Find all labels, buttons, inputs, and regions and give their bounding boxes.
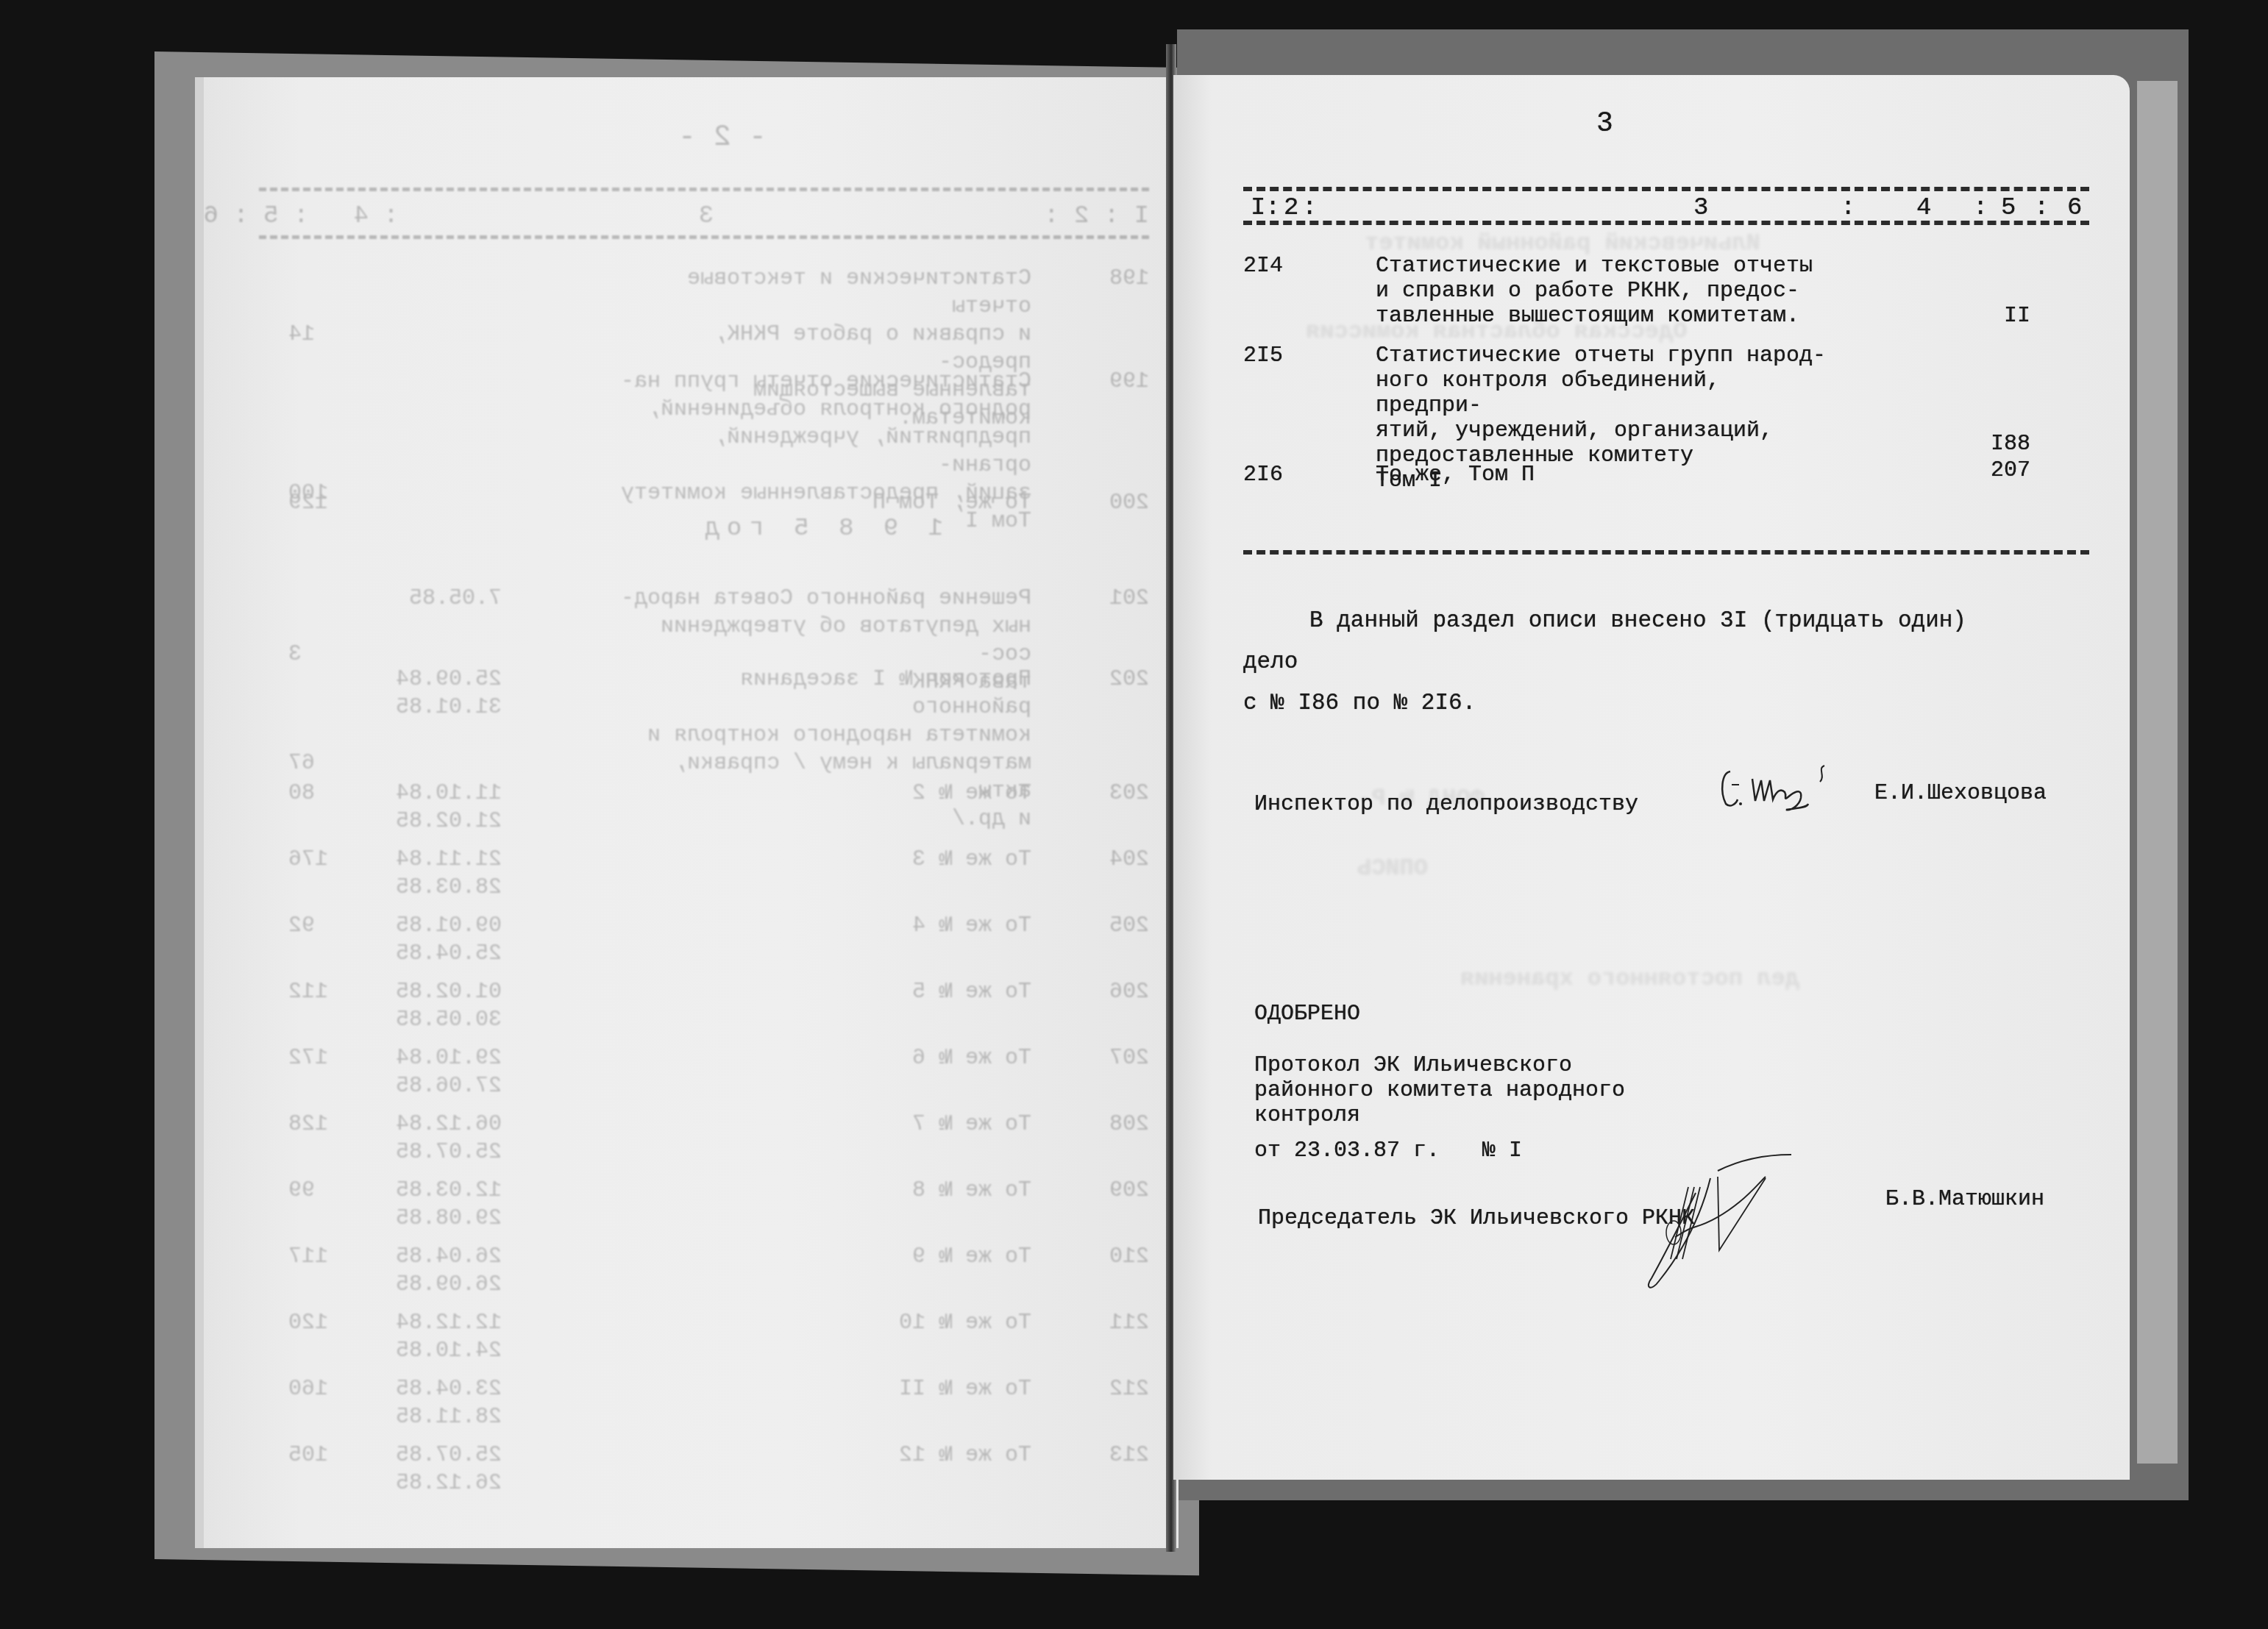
handwritten-signature-icon	[1600, 1134, 1865, 1296]
item-number: 212	[1109, 1375, 1149, 1403]
item-number: 2I5	[1243, 343, 1283, 368]
item-sheets: I88	[1979, 432, 2030, 457]
table-rule-header	[1243, 221, 2089, 225]
item-dates: 26.04.85 26.09.85	[355, 1243, 502, 1299]
table-rule-top	[1243, 187, 2089, 191]
item-dates: 09.01.85 25.04.85	[355, 912, 502, 968]
year-heading: 1 9 8 5 год	[697, 515, 943, 543]
item-dates: 06.12.84 25.07.85	[355, 1111, 502, 1166]
item-number: 2I6	[1243, 463, 1283, 488]
item-sheets: 67	[288, 749, 347, 777]
item-title: То же № 12	[619, 1441, 1031, 1469]
item-title: То же № 8	[619, 1177, 1031, 1205]
item-sheets: 112	[288, 978, 347, 1006]
inspector-position: Инспектор по делопроизводству	[1254, 792, 1638, 817]
item-number: 2I4	[1243, 254, 1283, 279]
item-title: То же № 10	[619, 1309, 1031, 1337]
item-title: То же № 9	[619, 1243, 1031, 1271]
item-number: 206	[1109, 978, 1149, 1006]
item-sheets: 99	[288, 1177, 347, 1205]
right-page: Ильичевский районный комитет Одесская об…	[1173, 75, 2130, 1480]
table-rule-header	[259, 235, 1149, 239]
item-sheets: 120	[288, 1309, 347, 1337]
item-title: То же № 4	[619, 912, 1031, 940]
item-sheets: 128	[288, 1111, 347, 1138]
item-title: То же № II	[619, 1375, 1031, 1403]
column-header-4: 4	[1916, 194, 1931, 222]
column-headers: I : 2 : 3 : 4 : 5 : 6	[1243, 194, 2089, 224]
column-separator: :	[2034, 194, 2049, 222]
left-column-headers: I : 2 : 3 : 4 : 5 : 6	[259, 202, 1149, 230]
item-dates: 23.04.85 28.11.85	[355, 1375, 502, 1431]
summary-statement: В данный раздел описи внесено 3I (тридца…	[1243, 601, 2016, 724]
item-dates: 12.12.84 24.10.85	[355, 1309, 502, 1365]
column-header-1: I	[1251, 194, 1265, 222]
item-title: То же № 5	[619, 978, 1031, 1006]
mirrored-bleed-through: - 2 - I : 2 : 3 : 4 : 5 : 6 198Статистич…	[204, 77, 1179, 1548]
ghost-text: дел постоянного хранения	[1460, 965, 1799, 992]
item-number: 208	[1109, 1111, 1149, 1138]
item-number: 202	[1109, 666, 1149, 694]
chairman-name: Б.В.Матюшкин	[1885, 1187, 2044, 1212]
approval-block: ОДОБРЕНО Протокол ЭК Ильичевского районн…	[1254, 1002, 1625, 1163]
item-sheets: 105	[288, 1441, 347, 1469]
item-sheets: 117	[288, 1243, 347, 1271]
approval-body: Протокол ЭК Ильичевского районного комит…	[1254, 1053, 1625, 1128]
page-number: 3	[1596, 108, 1613, 140]
column-separator: :	[1265, 194, 1280, 222]
item-dates: 21.11.84 28.03.85	[355, 846, 502, 902]
approval-date-line: от 23.03.87 г. № I	[1254, 1138, 1625, 1163]
item-dates: 12.03.85 29.08.85	[355, 1177, 502, 1233]
item-number: 211	[1109, 1309, 1149, 1337]
column-separator: :	[1973, 194, 1988, 222]
table-rule-top	[259, 188, 1149, 191]
item-title: То же № 6	[619, 1044, 1031, 1072]
item-sheets: 14	[288, 321, 347, 349]
item-number: 200	[1109, 489, 1149, 517]
handwritten-signature-icon	[1714, 763, 1861, 821]
item-sheets: 207	[1979, 458, 2030, 483]
approval-heading: ОДОБРЕНО	[1254, 1002, 1625, 1027]
item-sheets: 129	[288, 489, 347, 517]
item-dates: 11.10.84 21.02.85	[355, 780, 502, 835]
item-sheets: 3	[288, 641, 347, 669]
column-header-5: 5	[2001, 194, 2016, 222]
ghost-text: ОПИСЬ	[1357, 855, 1428, 882]
column-header-3: 3	[1693, 194, 1708, 222]
item-sheets: 92	[288, 912, 347, 940]
item-number: 213	[1109, 1441, 1149, 1469]
item-number: 198	[1109, 265, 1149, 293]
item-sheets: II	[1979, 304, 2030, 329]
item-sheets: 160	[288, 1375, 347, 1403]
item-number: 203	[1109, 780, 1149, 808]
column-header-2: 2	[1284, 194, 1298, 222]
item-dates: 7.05.85	[355, 585, 502, 613]
left-page: - 2 - I : 2 : 3 : 4 : 5 : 6 198Статистич…	[195, 77, 1179, 1548]
item-dates: 25.09.84 31.01.85	[355, 666, 502, 721]
item-sheets: 80	[288, 780, 347, 808]
approval-date: от 23.03.87 г.	[1254, 1138, 1440, 1163]
item-number: 201	[1109, 585, 1149, 613]
item-title: То же № 3	[619, 846, 1031, 874]
item-title: Протокол № I заседания районного комитет…	[619, 666, 1031, 833]
item-number: 209	[1109, 1177, 1149, 1205]
item-title: То же, Том П	[1376, 463, 1832, 488]
page-stack-edge	[2137, 81, 2178, 1464]
item-dates: 01.02.85 30.05.85	[355, 978, 502, 1034]
item-number: 210	[1109, 1243, 1149, 1271]
summary-line-2: с № I86 по № 2I6.	[1243, 683, 2016, 724]
item-title: То же, Том П	[619, 489, 1031, 517]
protocol-number: № I	[1482, 1138, 1522, 1163]
item-number: 199	[1109, 368, 1149, 396]
item-title: То же № 7	[619, 1111, 1031, 1138]
item-sheets: 176	[288, 846, 347, 874]
item-number: 207	[1109, 1044, 1149, 1072]
item-dates: 25.07.85 26.12.85	[355, 1441, 502, 1497]
column-separator: :	[1841, 194, 1855, 222]
item-sheets: 172	[288, 1044, 347, 1072]
summary-line-1: В данный раздел описи внесено 3I (тридца…	[1243, 601, 2016, 683]
item-dates: 29.10.84 27.06.85	[355, 1044, 502, 1100]
inspector-name: Е.И.Шеховцова	[1874, 781, 2047, 806]
item-title: То же № 2	[619, 780, 1031, 808]
item-number: 205	[1109, 912, 1149, 940]
column-separator: :	[1302, 194, 1317, 222]
ghost-text: Ильичевский районный комитет	[1365, 229, 1760, 257]
item-title: Статистические и текстовые отчеты и спра…	[1376, 254, 1832, 329]
left-page-number: - 2 -	[678, 121, 767, 154]
column-header-6: 6	[2067, 194, 2082, 222]
table-rule-bottom	[1243, 550, 2089, 555]
item-number: 204	[1109, 846, 1149, 874]
